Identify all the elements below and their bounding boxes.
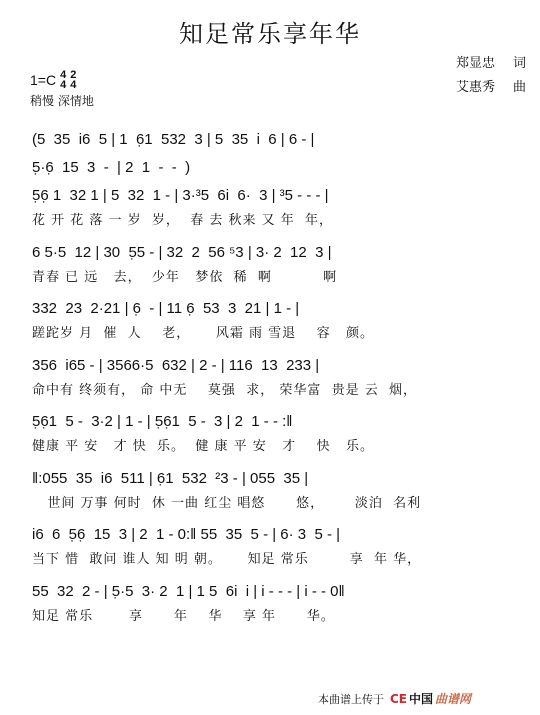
- notation-line: 356 i65 - | 3566·5 632 | 2 - | 116 13 23…: [32, 350, 522, 374]
- lyrics-line: 青春 已 远 去， 少年 梦依 稀 啊 啊: [32, 266, 522, 285]
- logo-icon: CE: [390, 692, 407, 706]
- notation-line: 55 32 2 - | 5̣·5 3· 2 1 | 1 5 6i i | i -…: [32, 576, 522, 600]
- time-signature-2: 24: [70, 70, 76, 90]
- score-system-10: 55 32 2 - | 5̣·5 3· 2 1 | 1 5 6i i | i -…: [32, 576, 522, 633]
- lyricist-name: 郑显忠: [456, 52, 495, 76]
- page-title: 知足常乐享年华: [0, 14, 540, 49]
- lyrics-line: 健康 平 安 才 快 乐。 健 康 平 安 才 快 乐。: [32, 435, 522, 454]
- score-system-5: 332 23 2·21 | 6̣ - | 11 6̣ 53 3 21 | 1 -…: [32, 293, 522, 350]
- lyrics-line: 花 开 花 落 一 岁 岁， 春 去 秋来 又 年 年，: [32, 209, 522, 228]
- site-logo[interactable]: CE 中国 曲谱网: [390, 690, 471, 707]
- composer-name: 艾惠秀: [456, 76, 495, 100]
- tempo-marking: 稍慢 深情地: [30, 92, 94, 109]
- notation-line: (5 35 i6 5 | 1 6̣1 532 3 | 5 35 i 6 | 6 …: [32, 124, 522, 148]
- lyrics-line: 世间 万事 何时 休 一曲 红尘 唱悠 悠， 淡泊 名利: [32, 492, 522, 511]
- score-meta: 1=C 44 24 稍慢 深情地: [30, 70, 94, 109]
- lyrics-line: 蹉跎岁 月 催 人 老， 风霜 雨 雪退 容 颜。: [32, 322, 522, 341]
- notation-line: 6 5·5 12 | 30 5̣5 - | 32 2 56 ⁵3 | 3· 2 …: [32, 237, 522, 261]
- notation-line: ‖:055 35 i6 511 | 6̣1 532 ²3 - | 055 35 …: [32, 463, 522, 487]
- upload-footer: 本曲谱上传于 CE 中国 曲谱网: [318, 690, 471, 707]
- logo-text-2: 曲谱网: [435, 690, 471, 707]
- score-system-3: 5̣6̣ 1 32 1 | 5 32 1 - | 3·³5 6i 6· 3 | …: [32, 180, 522, 237]
- key-signature: 1=C 44 24: [30, 70, 94, 90]
- score-system-intro-1: (5 35 i6 5 | 1 6̣1 532 3 | 5 35 i 6 | 6 …: [32, 124, 522, 152]
- notation-line: i6 6 5̣6̣ 15 3 | 2 1 - 0:‖ 55 35 5 - | 6…: [32, 519, 522, 543]
- score-system-7: 5̣6̣1 5 - 3·2 | 1 - | 5̣6̣1 5 - 3 | 2 1 …: [32, 406, 522, 463]
- lyrics-line: 命中有 终须有， 命 中无 莫强 求， 荣华富 贵是 云 烟，: [32, 379, 522, 398]
- score-system-4: 6 5·5 12 | 30 5̣5 - | 32 2 56 ⁵3 | 3· 2 …: [32, 237, 522, 294]
- score-system-9: i6 6 5̣6̣ 15 3 | 2 1 - 0:‖ 55 35 5 - | 6…: [32, 519, 522, 576]
- lyricist-role: 词: [513, 52, 526, 76]
- score-system-8: ‖:055 35 i6 511 | 6̣1 532 ²3 - | 055 35 …: [32, 463, 522, 520]
- notation-line: 5̣6̣1 5 - 3·2 | 1 - | 5̣6̣1 5 - 3 | 2 1 …: [32, 406, 522, 430]
- logo-text-1: 中国: [409, 690, 433, 707]
- notation-line: 332 23 2·21 | 6̣ - | 11 6̣ 53 3 21 | 1 -…: [32, 293, 522, 317]
- lyrics-line: 知足 常乐 享 年 华 享 年 华。: [32, 605, 522, 624]
- score-system-intro-2: 5̣·6̣ 15 3 - | 2 1 - - ): [32, 152, 522, 180]
- composer-credit: 艾惠秀 曲: [456, 76, 526, 100]
- composer-role: 曲: [513, 76, 526, 100]
- lyricist-credit: 郑显忠 词: [456, 52, 526, 76]
- notation-line: 5̣6̣ 1 32 1 | 5 32 1 - | 3·³5 6i 6· 3 | …: [32, 180, 522, 204]
- score-system-6: 356 i65 - | 3566·5 632 | 2 - | 116 13 23…: [32, 350, 522, 407]
- notation-line: 5̣·6̣ 15 3 - | 2 1 - - ): [32, 152, 522, 176]
- footer-text: 本曲谱上传于: [318, 691, 384, 707]
- key-label: 1=C: [30, 72, 56, 88]
- time-signature-1: 44: [60, 70, 66, 90]
- credits: 郑显忠 词 艾惠秀 曲: [456, 52, 526, 100]
- lyrics-line: 当下 惜 敢问 谁人 知 明 朝。 知足 常乐 享 年 华，: [32, 548, 522, 567]
- score-body: (5 35 i6 5 | 1 6̣1 532 3 | 5 35 i 6 | 6 …: [32, 124, 522, 632]
